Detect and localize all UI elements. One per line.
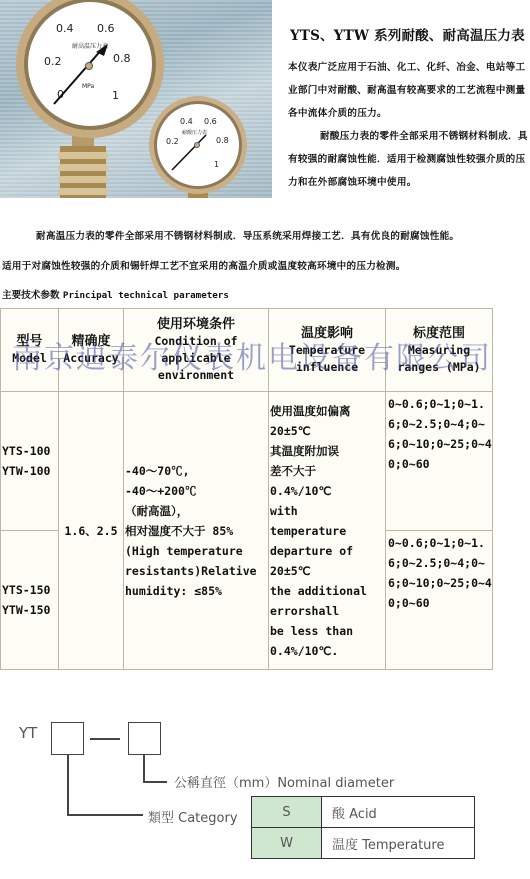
accuracy-cell: 1.6、2.5: [59, 392, 124, 670]
svg-text:1: 1: [214, 160, 219, 169]
model-prefix: YT: [19, 724, 37, 742]
model-code-diagram: YT 公稱直徑（mm）Nominal diameter 類型 Category …: [0, 690, 530, 879]
pressure-gauges-image: 0.4 0.6 0.2 0.8 0 1 耐高温压力表 MPa 0.4 0.6 0…: [0, 0, 272, 198]
section-heading-en: Principal technical parameters: [63, 290, 229, 301]
category-code-box: [51, 722, 84, 755]
model-cell: YTS-150YTW-150: [1, 531, 59, 670]
technical-parameters-table: 型号Model 精确度Accuracy 使用环境条件Condition of a…: [0, 308, 493, 670]
section-heading-zh: 主要技术参数: [2, 290, 60, 301]
category-connector: [67, 754, 69, 815]
range-cell: 0~0.6;0~1;0~1.6;0~2.5;0~4;0~6;0~10;0~25;…: [386, 531, 493, 670]
category-row: S 酸 Acid: [252, 797, 475, 828]
environment-cell: -40～70℃, -40～+200℃ （耐高温）， 相对湿度不大于 85% (H…: [124, 392, 269, 670]
category-row: W 温度 Temperature: [252, 828, 475, 859]
intro-paragraph: 本仪表广泛应用于石油、化工、化纤、冶金、电站等工业部门中对耐酸、耐高温有较高要求…: [278, 56, 530, 125]
header-model: 型号Model: [1, 309, 59, 392]
header-temperature-influence: 温度影响Temperature influence: [269, 309, 386, 392]
product-intro: YTS、YTW 系列耐酸、耐高温压力表 本仪表广泛应用于石油、化工、化纤、冶金、…: [278, 18, 530, 194]
diameter-connector: [143, 781, 167, 783]
svg-text:0.8: 0.8: [113, 52, 131, 65]
acid-gauge-paragraph: 耐酸压力表的零件全部采用不锈钢材料制成．具有较强的耐腐蚀性能．适用于检测腐蚀性较…: [278, 125, 530, 194]
category-desc: 温度 Temperature: [322, 828, 475, 859]
category-code: S: [252, 797, 322, 828]
header-measuring-ranges: 标度范围Measuring ranges (MPa): [386, 309, 493, 392]
diameter-connector: [143, 754, 145, 782]
model-cell: YTS-100YTW-100: [1, 392, 59, 531]
category-label: 類型 Category: [148, 807, 238, 826]
header-environment: 使用环境条件Condition of applicable environmen…: [124, 309, 269, 392]
range-cell: 0~0.6;0~1;0~1.6;0~2.5;0~4;0~6;0~10;0~25;…: [386, 392, 493, 531]
category-code: W: [252, 828, 322, 859]
svg-text:耐酸压力表: 耐酸压力表: [182, 129, 207, 136]
nominal-diameter-label: 公稱直徑（mm）Nominal diameter: [174, 772, 394, 791]
svg-text:0.6: 0.6: [204, 117, 217, 126]
page-title: YTS、YTW 系列耐酸、耐高温压力表: [290, 24, 530, 44]
category-table: S 酸 Acid W 温度 Temperature: [251, 796, 475, 859]
svg-text:MPa: MPa: [82, 83, 95, 90]
category-desc: 酸 Acid: [322, 797, 475, 828]
svg-text:0.2: 0.2: [44, 55, 62, 68]
table-header-row: 型号Model 精确度Accuracy 使用环境条件Condition of a…: [1, 309, 493, 392]
svg-text:0.4: 0.4: [56, 22, 74, 35]
temperature-influence-cell: 使用温度如偏离 20±5℃ 其温度附加误 差不大于 0.4%/10℃ with …: [269, 392, 386, 670]
svg-text:0.4: 0.4: [180, 117, 193, 126]
svg-text:1: 1: [112, 89, 119, 102]
svg-text:0.6: 0.6: [97, 22, 115, 35]
high-temp-paragraph: 耐高温压力表的零件全部采用不锈钢材料制成．导压系统采用焊接工艺．具有优良的耐腐蚀…: [0, 228, 530, 242]
category-connector: [67, 814, 143, 816]
svg-text:0.8: 0.8: [216, 136, 229, 145]
svg-text:0.2: 0.2: [166, 137, 179, 146]
table-row: YTS-100YTW-100 1.6、2.5 -40～70℃, -40～+200…: [1, 392, 493, 531]
section-heading: 主要技术参数 Principal technical parameters: [2, 287, 229, 301]
header-accuracy: 精确度Accuracy: [59, 309, 124, 392]
separator-dash: [90, 738, 120, 740]
application-paragraph: 适用于对腐蚀性较强的介质和锡钎焊工艺不宜采用的高温介质或温度较高环境中的压力检测…: [0, 258, 530, 272]
diameter-code-box: [128, 722, 161, 755]
product-photo: 0.4 0.6 0.2 0.8 0 1 耐高温压力表 MPa 0.4 0.6 0…: [0, 0, 272, 198]
